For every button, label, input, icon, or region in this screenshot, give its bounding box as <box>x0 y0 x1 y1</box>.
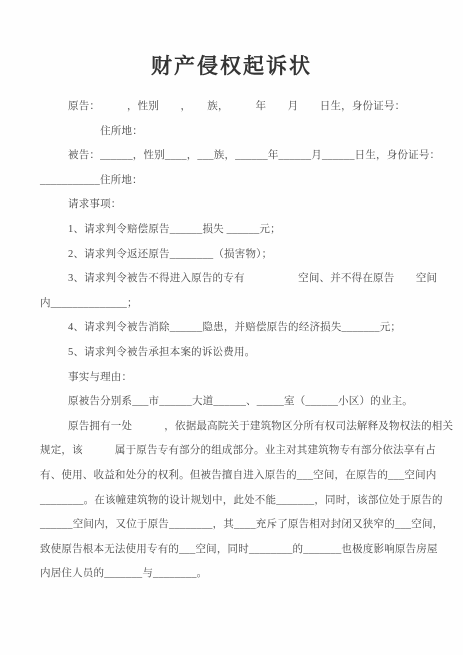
document-line: 原告： ，性别 ， 族， 年 月 日生，身份证号： <box>40 95 429 120</box>
document-line: ______空间内，又位于原告________，其____充斥了原告相对封闭又狭… <box>40 513 429 538</box>
document-line: 2、请求判令返还原告________（损害物）； <box>40 243 429 268</box>
document-line: 住所地： <box>40 120 429 145</box>
document-line: 有、使用、收益和处分的权利。但被告擅自进入原告的___空间，在原告的___空间内 <box>40 464 429 489</box>
document-line: 1、请求判令赔偿原告______损失 ______元； <box>40 218 429 243</box>
document-line: 3、请求判令被告不得进入原告的专有 空间、并不得在原告 空间 <box>40 267 429 292</box>
document-line: 规定，该 属于原告专有部分的组成部分。业主对其建筑物专有部分依法享有占 <box>40 439 429 464</box>
document-line: 4、请求判令被告消除______隐患，并赔偿原告的经济损失_______元； <box>40 316 429 341</box>
document-line: 内居住人员的_______与________。 <box>40 562 429 587</box>
document-line: 请求事项： <box>40 193 429 218</box>
document-line: 内______________； <box>40 292 429 317</box>
document-line: 事实与理由： <box>40 366 429 391</box>
document-page: 财产侵权起诉状 原告： ，性别 ， 族， 年 月 日生，身份证号： 住所地：被告… <box>0 0 463 655</box>
document-line: ___________住所地： <box>40 169 429 194</box>
document-title: 财产侵权起诉状 <box>0 0 463 80</box>
document-line: 5、请求判令被告承担本案的诉讼费用。 <box>40 341 429 366</box>
document-line: 致使原告根本无法使用专有的___空间，同时________的_______也极度… <box>40 538 429 563</box>
document-line: 被告：______，性别____，___族，______年______月____… <box>40 144 429 169</box>
document-line: 原被告分别系___市______大道______、_____室（______小区… <box>40 390 429 415</box>
document-body: 原告： ，性别 ， 族， 年 月 日生，身份证号： 住所地：被告：______，… <box>0 80 463 587</box>
document-line: ________。在该幢建筑物的设计规划中，此处不能_______，同时，该部位… <box>40 489 429 514</box>
document-line: 原告拥有一处 ，依据最高院关于建筑物区分所有权司法解释及物权法的相关 <box>40 415 429 440</box>
